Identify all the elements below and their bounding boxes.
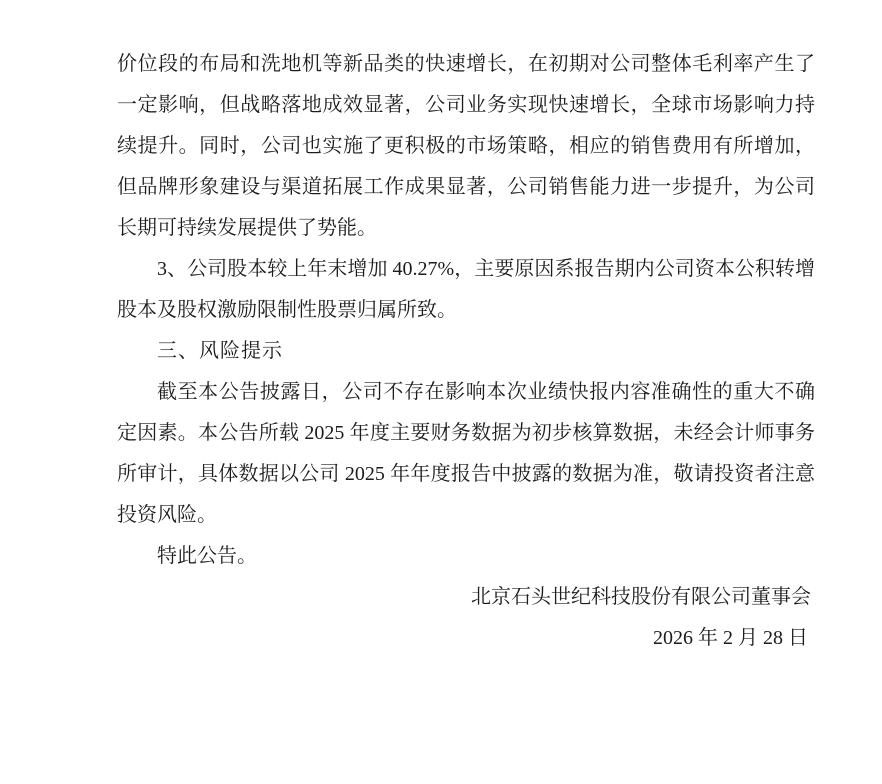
document-page: 价位段的布局和洗地机等新品类的快速增长，在初期对公司整体毛利率产生了一定影响，但… [0, 0, 882, 784]
section-heading-risk-notice: 三、风险提示 [117, 331, 815, 372]
closing-statement: 特此公告。 [117, 536, 815, 577]
paragraph-share-capital-increase: 3、公司股本较上年末增加 40.27%，主要原因系报告期内公司资本公积转增股本及… [117, 249, 815, 331]
signature-board-of-directors: 北京石头世纪科技股份有限公司董事会 [117, 577, 815, 618]
paragraph-risk-disclosure: 截至本公告披露日，公司不存在影响本次业绩快报内容准确性的重大不确定因素。本公告所… [117, 372, 815, 536]
announcement-date: 2026 年 2 月 28 日 [117, 618, 815, 659]
paragraph-growth-impact: 价位段的布局和洗地机等新品类的快速增长，在初期对公司整体毛利率产生了一定影响，但… [117, 44, 815, 249]
